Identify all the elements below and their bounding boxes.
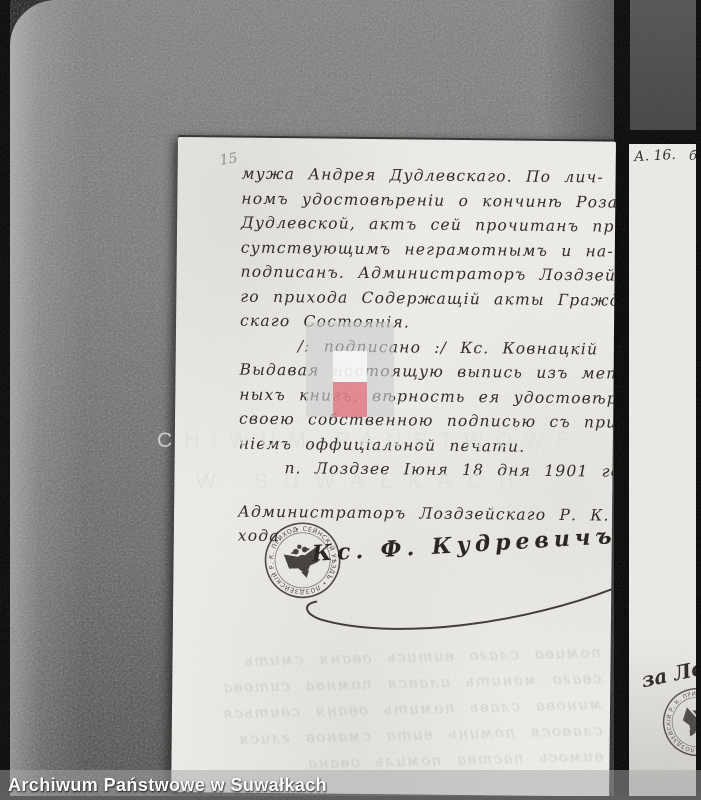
adjacent-cover-strip — [630, 0, 696, 130]
state-archives-logo-watermark — [306, 322, 394, 417]
ink-bleedthrough-block: помива слаго витись ованя смить сваго мо… — [180, 639, 603, 779]
logo-red-band — [333, 382, 367, 417]
archive-caption-band: Archiwum Państwowe w Suwałkach — [0, 770, 701, 800]
page-shadow — [629, 144, 696, 796]
handwritten-line: подписанъ. Администраторъ Лоздзей- — [240, 260, 616, 288]
archive-caption: Archiwum Państwowe w Suwałkach — [0, 775, 327, 796]
watermark-text-line1: CHIWUM PAŃSTWOWE — [157, 429, 582, 453]
signature-flourish — [273, 553, 616, 642]
handwritten-line: Выдавая настоящую выпись изъ мет- — [239, 358, 615, 386]
pencil-page-number: 15 — [219, 150, 239, 169]
scan-edge-strip — [696, 0, 701, 800]
handwritten-line: мужа Андрея Дудлевскаго. По лич- — [241, 162, 615, 190]
logo-white-band — [333, 351, 367, 382]
watermark-text-line2: W SUWAŁKACH — [196, 470, 530, 494]
archival-scan: 15 мужа Андрея Дудлевскаго. По лич- номъ… — [0, 0, 701, 800]
handwritten-line: скаго Состоянія. — [240, 309, 616, 337]
handwritten-line: Дудлевской, актъ сей прочитанъ при- — [241, 211, 616, 239]
document-page: 15 мужа Андрея Дудлевскаго. По лич- номъ… — [171, 137, 616, 797]
adjacent-page: А. 16. б за Ле • СЕЙНСКІЙ УѢЗДЪ • ЛОЗДЗЕ… — [629, 144, 696, 796]
